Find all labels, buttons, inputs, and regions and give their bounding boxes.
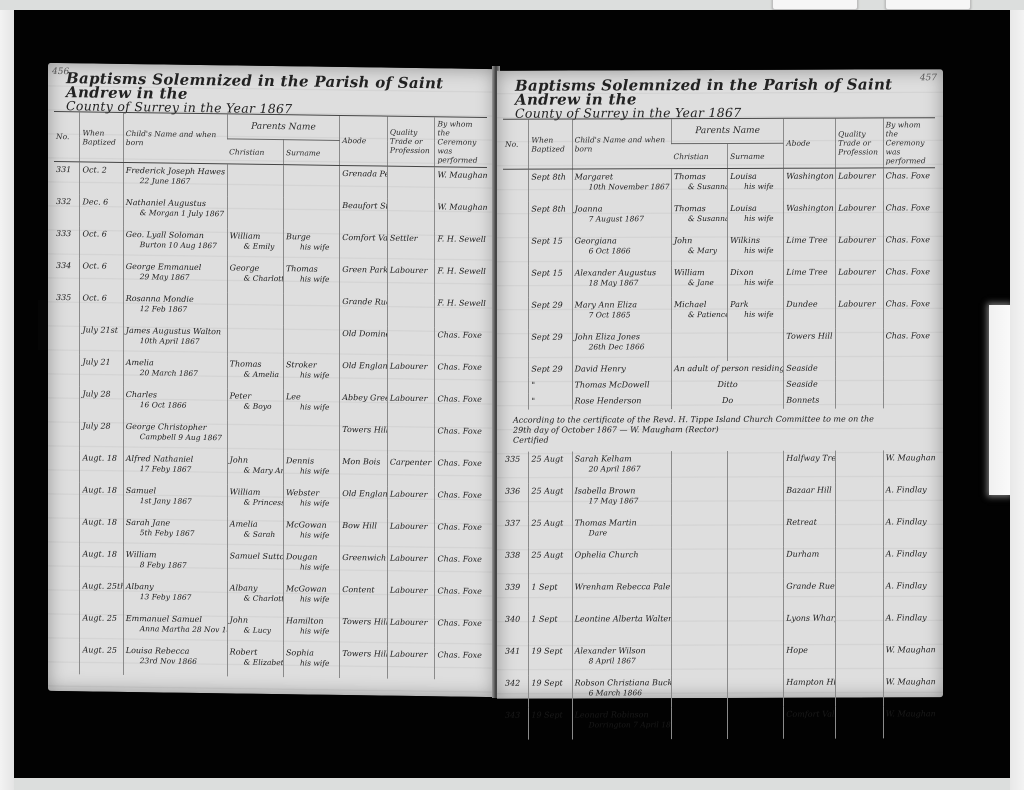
officiant [883,360,935,376]
entry-number [54,578,80,610]
parent-surname [728,547,784,579]
entry-number [54,386,80,418]
parent-christian-names [671,483,727,515]
officiant: A. Findlay [883,610,935,642]
quality-trade [836,610,884,642]
abode: Lyons Wharf Grace [784,611,836,643]
abode: Bonnets [784,393,836,409]
baptism-date: 19 Sept [529,676,572,708]
officiant: A. Findlay [883,546,935,578]
parent-surname [728,515,784,547]
entry-number: 331 [54,161,80,194]
adult-entry-row: "Thomas McDowellDittoSeaside [503,376,935,394]
baptism-register-table: No. When Baptized Child's Name and when … [503,117,935,740]
table-row: 33725 AugtThomas MartinDareRetreatA. Fin… [503,514,935,548]
quality-trade [836,328,884,360]
entry-number [503,234,529,266]
parent-surname: Dennishis wife [283,453,339,486]
baptism-date: " [529,378,572,394]
officiant [883,376,935,392]
parent-surname: McGowanhis wife [283,581,339,614]
child-name: Ophelia Church [572,547,671,579]
parent-surname [728,451,784,483]
child-name: William8 Feby 1867 [123,547,227,580]
next-page-edge [989,305,1010,495]
parent-christian-names [227,324,283,357]
parent-surname: Louisahis wife [728,168,784,201]
child-name: Mary Ann Eliza7 Oct 1865 [572,297,671,329]
abode: Comfort Valley [340,230,388,263]
officiant: A. Findlay [883,578,935,610]
table-row: Augt. 25Louisa Rebecca23rd Nov 1866Rober… [54,642,487,680]
abode: Bazaar Hill [784,483,836,515]
baptism-date: Oct. 6 [80,226,123,259]
parent-surname [283,325,339,358]
parent-christian-names: Thomas& Susannah [671,168,727,201]
parent-surname [728,707,784,739]
quality-trade [836,578,884,610]
parent-christian-names: John& Mary Ann [227,452,283,485]
entry-number: 340 [503,612,529,644]
baptism-date: Dec. 6 [80,194,123,227]
col-abode: Abode [784,118,836,168]
parent-surname [283,165,339,198]
adult-note: Do [671,393,783,409]
col-parents: Parents Name [227,114,340,141]
parent-christian-names: Albany& Charlotte [227,580,283,613]
adult-entry-row: Sept 29David HenryAn adult of person res… [503,360,935,378]
entry-number: 339 [503,580,529,612]
parent-surname: Douganhis wife [283,549,339,582]
parent-christian-names: William& Princess [227,484,283,517]
entry-number [54,546,80,578]
child-name: Margaret10th November 1867 [572,169,671,202]
baptism-date: 19 Sept [529,644,572,676]
officiant: Chas. Foxe [435,455,487,488]
officiant: Chas. Foxe [435,551,487,584]
parent-christian-names [227,420,283,453]
baptism-date: Augt. 25 [80,610,123,643]
page-title: Baptisms Solemnized in the Parish of Sai… [515,77,935,120]
parent-christian-names: Robert& Elizabeth [227,644,283,677]
parent-christian-names: John& Lucy [227,612,283,645]
baptism-date: Augt. 18 [80,482,123,515]
quality-trade [387,166,435,199]
quality-trade: Labourer [836,296,884,328]
parent-surname: Parkhis wife [728,297,784,329]
parent-surname [728,329,784,361]
table-row: Sept 15Georgiana6 Oct 1866John& MaryWilk… [503,232,935,266]
officiant: Chas. Foxe [435,391,487,424]
abode: Dundee [784,297,836,329]
col-when: When Baptized [529,119,572,169]
col-christian: Christian [671,143,727,168]
table-row: Sept 29John Eliza Jones26th Dec 1866Towe… [503,328,935,362]
adult-entry-row: "Rose HendersonDoBonnets [503,392,935,410]
adult-name: David Henry [572,361,671,377]
baptism-date: 25 Augt [529,484,572,516]
entry-number [503,169,529,202]
baptism-date: Sept 15 [529,234,572,266]
child-name: Rosanna Mondie12 Feb 1867 [123,291,227,324]
child-name: Alexander Augustus18 May 1867 [572,265,671,297]
parent-surname: Thomashis wife [283,261,339,294]
child-name: George ChristopherCampbell 9 Aug 1867 [123,419,227,452]
parent-christian-names [671,579,727,611]
col-parents: Parents Name [671,118,783,143]
col-surname: Surname [728,143,784,168]
child-name: Charles16 Oct 1866 [123,387,227,420]
baptism-date: 1 Sept [529,612,572,644]
officiant [883,392,935,408]
parent-christian-names: Samuel Sutton [227,548,283,581]
quality-trade: Labourer [387,487,435,520]
quality-trade [836,674,884,706]
child-name: Thomas MartinDare [572,515,671,547]
parent-surname: Websterhis wife [283,485,339,518]
quality-trade [836,706,884,738]
parent-christian-names: Thomas& Susannah [671,201,727,233]
officiant: W. Maugham [883,450,935,482]
baptism-date: Oct. 6 [80,258,123,291]
adult-name: Thomas McDowell [572,377,671,393]
child-name: Geo. Lyall SolomanBurton 10 Aug 1867 [123,227,227,260]
quality-trade: Labourer [387,647,435,680]
child-name: Wrenham Rebecca Pale [572,579,671,611]
entry-number [503,394,529,410]
abode: Seaside [784,361,836,377]
quality-trade [836,376,884,392]
abode: Halfway Tree [784,451,836,483]
baptism-date: Augt. 18 [80,450,123,483]
child-name: Robson Christiana Buckley6 March 1866 [572,675,671,707]
entry-number [54,642,80,674]
baptism-date: July 28 [80,386,123,419]
parent-christian-names: Amelia& Sarah [227,516,283,549]
child-name: Georgiana6 Oct 1866 [572,233,671,265]
baptism-date: July 21st [80,322,123,355]
col-child: Child's Name and when born [572,119,671,169]
abode: Mon Bois [340,454,388,487]
baptism-date: Sept 8th [529,202,572,234]
quality-trade [836,546,884,578]
quality-trade: Labourer [387,615,435,648]
table-row: 3401 SeptLeontine Alberta WalterLyons Wh… [503,610,935,644]
quality-trade: Labourer [387,391,435,424]
table-row: Sept 8thMargaret10th November 1867Thomas… [503,168,935,202]
officiant: Chas. Foxe [435,647,487,680]
baptism-register-table: No. When Baptized Child's Name and when … [54,111,487,680]
abode: Beaufort Street [340,198,388,231]
viewer-toolbar [0,0,1024,10]
quality-trade: Labourer [836,200,884,232]
abode: Towers Hill [340,422,388,455]
officiant: F. H. Sewell [435,263,487,296]
entry-number: 335 [54,290,80,322]
parent-christian-names [671,675,727,707]
officiant: F. H. Sewell [435,231,487,264]
abode: Lime Tree [784,233,836,265]
quality-trade [387,199,435,232]
parent-christian-names [671,451,727,483]
entry-number: 343 [503,708,529,740]
adult-name: Rose Henderson [572,393,671,409]
officiant: W. Maugham [883,674,935,706]
entry-number [503,362,529,378]
entry-number: 338 [503,548,529,580]
quality-trade: Labourer [387,551,435,584]
abode: Towers Hill [340,646,388,679]
quality-trade: Labourer [387,359,435,392]
child-name: Alexander Wilson8 April 1867 [572,643,671,675]
child-name: Nathaniel Augustus& Morgan 1 July 1867 [123,195,227,228]
parent-christian-names: William& Jane [671,265,727,297]
table-row: Sept 8thJoanna7 August 1867Thomas& Susan… [503,200,935,234]
baptism-date: Oct. 6 [80,290,123,323]
quality-trade: Carpenter [387,455,435,488]
parent-surname [728,643,784,675]
officiant: Chas. Foxe [435,583,487,616]
entry-number [503,330,529,362]
officiant: Chas. Foxe [435,423,487,456]
parent-surname [283,293,339,326]
toolbar-button-2[interactable] [885,0,971,10]
parent-surname: Wilkinshis wife [728,233,784,265]
table-row: Sept 15Alexander Augustus18 May 1867Will… [503,264,935,298]
parent-christian-names [227,164,283,197]
baptism-date: Sept 29 [529,330,572,362]
table-row: 33825 AugtOphelia ChurchDurhamA. Findlay [503,546,935,580]
child-name: Isabella Brown17 May 1867 [572,483,671,515]
parent-christian-names: George& Charlotte [227,260,283,293]
abode: Old England [340,358,388,391]
baptism-date: 1 Sept [529,580,572,612]
col-quality: Quality Trade or Profession [836,118,884,168]
baptism-date: July 28 [80,418,123,451]
col-christian: Christian [227,139,283,165]
child-name: John Eliza Jones26th Dec 1866 [572,329,671,361]
parent-surname: Leehis wife [283,389,339,422]
entry-number: 335 [503,452,529,484]
col-no: No. [503,119,529,169]
entry-number: 334 [54,258,80,290]
baptism-date: Sept 8th [529,169,572,202]
parent-surname [728,675,784,707]
parent-christian-names: John& Mary [671,233,727,265]
quality-trade [836,642,884,674]
officiant: Chas. Foxe [435,519,487,552]
parent-christian-names [671,707,727,739]
parent-surname: Dixonhis wife [728,265,784,297]
entry-number [54,354,80,386]
entry-number: 341 [503,644,529,676]
entry-number [54,322,80,354]
officiant: W. Maugham [883,642,935,674]
toolbar-button-1[interactable] [772,0,858,10]
table-row: 3391 SeptWrenham Rebecca PaleGrande RueA… [503,578,935,612]
abode: Grande Rue [340,294,388,327]
child-name: Alfred Nathaniel17 Feby 1867 [123,451,227,484]
baptism-date: 25 Augt [529,548,572,580]
entry-number: 333 [54,226,80,258]
col-no: No. [54,111,80,161]
baptism-date: Sept 29 [529,298,572,330]
parent-surname [728,611,784,643]
abode: Comfort Valley Dow [784,707,836,739]
quality-trade: Labourer [387,583,435,616]
quality-trade [836,450,884,482]
officiant: Chas. Foxe [435,487,487,520]
entry-number: 337 [503,516,529,548]
officiant: W. Maugham [883,706,935,738]
entry-number [54,610,80,642]
baptism-date: Augt. 25th [80,578,123,611]
quality-trade: Labourer [836,264,884,296]
table-row: 33625 AugtIsabella Brown17 May 1867Bazaa… [503,482,935,516]
officiant: Chas. Foxe [435,615,487,648]
parent-christian-names: Thomas& Amelia [227,356,283,389]
parent-christian-names [671,515,727,547]
abode: Hampton Hill [784,675,836,707]
entry-number [503,202,529,234]
quality-trade: Settler [387,231,435,264]
child-name: Samuel1st Jany 1867 [123,483,227,516]
officiant: Chas. Foxe [883,232,935,264]
abode: Green Park [340,262,388,295]
parent-christian-names [671,547,727,579]
parent-christian-names: Peter& Boyo [227,388,283,421]
officiant: W. Maugham [435,199,487,232]
quality-trade: Labourer [387,263,435,296]
baptism-date: 19 Sept [529,708,572,740]
abode: Seaside [784,377,836,393]
baptism-date: Sept 15 [529,266,572,298]
officiant: F. H. Sewell [435,295,487,328]
quality-trade: Labourer [836,168,884,201]
entry-number [54,482,80,514]
register-page-right: 457 Baptisms Solemnized in the Parish of… [497,69,943,699]
child-name: James Augustus Walton10th April 1867 [123,323,227,356]
col-surname: Surname [283,140,339,166]
quality-trade [387,327,435,360]
certificate-note: According to the certificate of the Revd… [503,408,935,452]
parent-surname [728,483,784,515]
entry-number: 336 [503,484,529,516]
child-name: Leontine Alberta Walter [572,611,671,643]
quality-trade: Labourer [836,232,884,264]
parent-surname [728,579,784,611]
abode: Towers Hill [784,329,836,361]
parent-christian-names: William& Emily [227,228,283,261]
baptism-date: 25 Augt [529,452,572,484]
child-name: Louisa Rebecca23rd Nov 1866 [123,643,227,676]
abode: Grande Rue [784,579,836,611]
adult-note: An adult of person residing at [671,361,783,377]
officiant: Chas. Foxe [883,264,935,296]
parent-surname: Sophiahis wife [283,645,339,678]
entry-number [54,450,80,482]
child-name: Leonard RobinsonDorrington 7 April 1867 [572,707,671,739]
col-child: Child's Name and when born [123,112,227,163]
col-when: When Baptized [80,112,123,163]
baptism-date: July 21 [80,354,123,387]
abode: Old Dominey [340,326,388,359]
entry-number [503,266,529,298]
parent-surname: Burgehis wife [283,229,339,262]
child-name: Sarah Jane5th Feby 1867 [123,515,227,548]
quality-trade [836,360,884,376]
officiant: A. Findlay [883,482,935,514]
abode: Retreat [784,515,836,547]
entry-number [503,298,529,330]
child-name: George Emmanuel29 May 1867 [123,259,227,292]
quality-trade [836,514,884,546]
officiant: W. Maugham [435,167,487,200]
parent-surname: Strokerhis wife [283,357,339,390]
abode: Towers Hill [340,614,388,647]
quality-trade [387,295,435,328]
abode: Washington [784,201,836,233]
table-row: Sept 29Mary Ann Eliza7 Oct 1865Michael& … [503,296,935,330]
abode: Durham [784,547,836,579]
parent-surname: Hamiltonhis wife [283,613,339,646]
baptism-date: " [529,394,572,410]
register-page-left: 456 Baptisms Solemnized in the Parish of… [48,63,495,697]
quality-trade [387,423,435,456]
entry-number: 342 [503,676,529,708]
quality-trade: Labourer [387,519,435,552]
parent-christian-names [227,292,283,325]
quality-trade [836,482,884,514]
child-name: Sarah Kelham20 April 1867 [572,451,671,483]
col-by-whom: By whom the Ceremony was performed [883,118,935,168]
entry-number [54,514,80,546]
parent-christian-names [671,643,727,675]
baptism-date: Sept 29 [529,362,572,378]
col-quality: Quality Trade or Profession [387,116,435,167]
baptism-date: Oct. 2 [80,162,123,195]
officiant: Chas. Foxe [435,327,487,360]
officiant: Chas. Foxe [883,168,935,201]
entry-number [54,418,80,450]
table-row: 34319 SeptLeonard RobinsonDorrington 7 A… [503,706,935,740]
child-name: Emmanuel SamuelAnna Martha 28 Nov 1866 [123,611,227,644]
child-name: Joanna7 August 1867 [572,201,671,233]
parent-christian-names [227,196,283,229]
officiant: Chas. Foxe [883,328,935,360]
baptism-date: 25 Augt [529,516,572,548]
child-name: Amelia20 March 1867 [123,355,227,388]
adult-note: Ditto [671,377,783,393]
officiant: Chas. Foxe [435,359,487,392]
quality-trade [836,392,884,408]
entry-number [503,378,529,394]
officiant: Chas. Foxe [883,296,935,328]
abode: Bow Hill [340,518,388,551]
abode: Hope [784,643,836,675]
abode: Abbey Green [340,390,388,423]
parent-christian-names [671,611,727,643]
viewer-scrollbar[interactable] [1010,0,1024,790]
baptism-date: Augt. 25 [80,642,123,675]
abode: Grenada Peckham [340,165,388,198]
parent-surname: Louisahis wife [728,201,784,233]
parent-surname [283,197,339,230]
viewer-left-edge [0,0,14,790]
parent-christian-names [671,329,727,361]
child-name: Albany13 Feby 1867 [123,579,227,612]
entry-number: 332 [54,194,80,226]
